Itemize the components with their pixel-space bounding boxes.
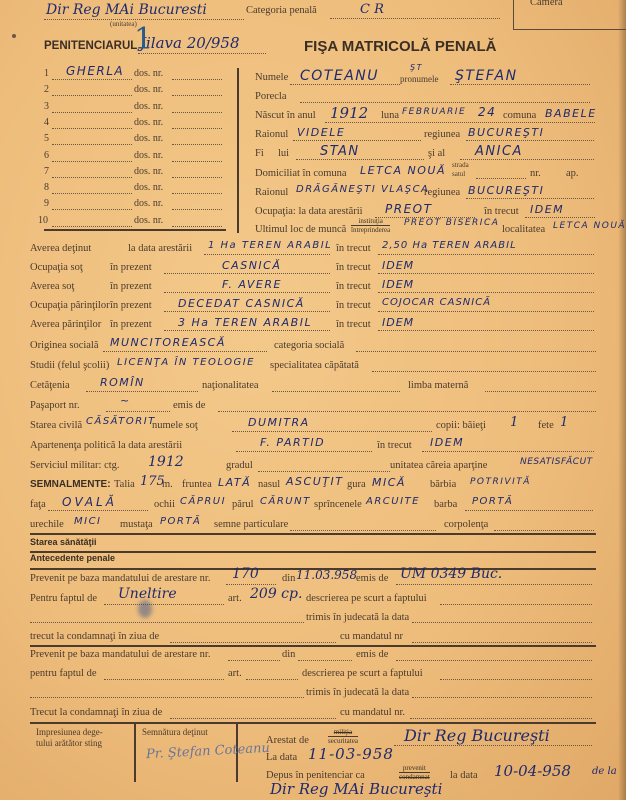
urechile-value: MICI xyxy=(74,516,102,527)
depus-data-label: la data xyxy=(450,770,478,781)
mama-value: ANICA xyxy=(475,144,523,159)
localitatea-label: localitatea xyxy=(502,224,545,235)
dos-nr-underline xyxy=(172,144,222,145)
dosar-number: 6 xyxy=(44,150,49,161)
m2-descriere-label: descrierea pe scurt a faptului xyxy=(302,668,423,679)
detail-value-underline xyxy=(164,330,330,331)
gradul-underline xyxy=(258,471,390,472)
gradul-label: gradul xyxy=(226,460,253,471)
unit-label: (unitatea) xyxy=(110,20,137,28)
institutia-label: instituţia xyxy=(351,217,390,226)
militia-fraction: miliţiasecuritatea xyxy=(328,727,358,745)
dosar-penitenciar-underline xyxy=(52,79,132,80)
tata-value: STAN xyxy=(320,144,360,159)
dosar-number: 8 xyxy=(44,182,49,193)
semnatura-label: Semnătura deţinut xyxy=(142,727,208,737)
gura-label: gura xyxy=(347,479,366,490)
comuna-value: BABELE xyxy=(545,107,597,120)
detail-past-underline xyxy=(378,292,594,293)
m2-trecut-label: Trecut la condamnaţi în ziua de xyxy=(30,707,162,718)
starea-civila-label: Starea civilă xyxy=(30,420,82,431)
dosar-number: 1 xyxy=(44,68,49,79)
dosar-number: 10 xyxy=(38,215,48,226)
camera-label: Camera xyxy=(530,0,563,8)
dos-nr-underline xyxy=(172,128,222,129)
detail-value-underline xyxy=(164,273,330,274)
annotation-mark: 1 xyxy=(134,22,153,57)
m2-cu-mandatul-underline xyxy=(410,718,592,719)
specialitatea-label: specialitatea căpătată xyxy=(270,360,359,371)
dos-nr-label: dos. nr. xyxy=(134,182,163,193)
footer-divider-1 xyxy=(134,722,136,782)
talia-label: Talia xyxy=(114,479,135,490)
raionul-underline xyxy=(293,140,421,141)
starea-civila-value: CĂSĂTORIT xyxy=(86,416,156,427)
detail-label: Ocupaţia soţ xyxy=(30,262,83,273)
detail-past-value: IDEM xyxy=(382,259,414,272)
detail-mid-label: în prezent xyxy=(110,300,152,311)
semnalmente-title: SEMNALMENTE: xyxy=(30,479,111,490)
m1-prevenit-label: Prevenit pe baza mandatului de arestare … xyxy=(30,573,210,584)
nationalitatea-underline xyxy=(272,391,400,392)
m1-trecut-label: trecut la condamnaţi în ziua de xyxy=(30,631,159,642)
m1-art-value: 209 cp. xyxy=(250,586,302,602)
unit-underline xyxy=(44,19,244,20)
dos-nr-underline xyxy=(172,112,222,113)
ultimul-loc-value: PREOT BISERICA xyxy=(404,218,499,228)
penitenciarul-underline xyxy=(138,53,266,54)
ocupatia-value: PREOT xyxy=(385,202,432,216)
barbia-value: POTRIVITĂ xyxy=(470,477,531,487)
domiciliat-label: Domiciliat în comuna xyxy=(255,168,347,179)
detail-past-underline xyxy=(378,311,594,312)
m1-faptul-underline xyxy=(104,604,224,605)
prenumele-value: ŞTEFAN xyxy=(455,68,518,84)
ochii-value: CĂPRUI xyxy=(180,496,226,507)
dosar-penitenciar-underline xyxy=(52,161,132,162)
m2-descriere-underline xyxy=(440,679,592,680)
prenumele-label: pronumele xyxy=(400,74,439,84)
studii-label: Studii (felul şcolii) xyxy=(30,360,109,371)
m1-din-value: 11.03.958 xyxy=(296,568,357,582)
detail-label: Averea părinţilor xyxy=(30,319,101,330)
dos-nr-label: dos. nr. xyxy=(134,68,163,79)
corpolenta-label: corpolenţa xyxy=(444,519,488,530)
dosar-number: 7 xyxy=(44,166,49,177)
prevenit-label: prevenit xyxy=(399,764,430,773)
page-edge-shadow xyxy=(618,0,626,800)
m1-trimis-underline xyxy=(412,622,592,623)
cetatenia-value: ROMÎN xyxy=(100,376,145,389)
camera-box: Camera xyxy=(513,0,626,30)
la-data-label: La data xyxy=(266,752,297,763)
m2-din-label: din xyxy=(282,649,295,660)
detail-label: Averea deţinut xyxy=(30,243,91,254)
m1-cu-mandatul-underline xyxy=(412,642,592,643)
m1-trimis-label: trimis în judecată la data xyxy=(306,612,409,623)
sprincenele-label: sprîncenele xyxy=(314,499,362,510)
dos-nr-underline xyxy=(172,177,222,178)
barbia-label: bărbia xyxy=(430,479,456,490)
limba-label: limba maternă xyxy=(408,380,468,391)
barba-underline xyxy=(465,510,593,511)
m1-emis-value: UM 0349 Buc. xyxy=(400,566,502,582)
raionul2-label: Raionul xyxy=(255,187,288,198)
m1-cu-mandatul-label: cu mandatul nr xyxy=(340,631,403,642)
origine-label: Originea socială xyxy=(30,340,99,351)
detail-past-label: în trecut xyxy=(336,243,371,254)
dosar-penitenciar-underline xyxy=(52,144,132,145)
politica-value: F. PARTID xyxy=(260,436,325,449)
detail-past-value: COJOCAR CASNICĂ xyxy=(382,297,491,308)
dosar-number: 5 xyxy=(44,133,49,144)
impresiunea-label-line-1: Impresiunea dege- xyxy=(36,727,103,738)
limba-underline xyxy=(485,391,596,392)
dosar-penitenciar-underline xyxy=(52,112,132,113)
sanatate-label: Starea sănătăţii xyxy=(30,537,97,547)
m2-emis-label: emis de xyxy=(356,649,388,660)
detinut-signature: Pr. Ştefan Coteanu xyxy=(146,741,270,762)
unit-value: Dir Reg MAi Bucuresti xyxy=(46,2,207,18)
barba-value: PORTĂ xyxy=(472,496,513,507)
dosar-number: 4 xyxy=(44,117,49,128)
origine-underline xyxy=(103,351,267,352)
m1-emis-label: emis de xyxy=(356,573,388,584)
m2-nr-underline xyxy=(228,660,280,661)
militar-label: Serviciul militar: ctg. xyxy=(30,460,120,471)
m2-faptul-underline xyxy=(104,679,224,680)
detail-past-underline xyxy=(378,330,594,331)
numele-sot-underline xyxy=(232,431,432,432)
ochii-label: ochii xyxy=(154,499,175,510)
parul-label: părul xyxy=(232,499,254,510)
m1-descriere-underline xyxy=(440,604,592,605)
semne-underline xyxy=(290,530,436,531)
raionul-value: VIDELE xyxy=(297,126,345,139)
arestat-label: Arestat de xyxy=(266,735,309,746)
dos-nr-label: dos. nr. xyxy=(134,198,163,209)
tata-underline xyxy=(296,159,424,160)
mustata-value: PORTĂ xyxy=(160,516,201,527)
categoria-sociala-label: categoria socială xyxy=(274,340,344,351)
fete-value: 1 xyxy=(560,415,568,430)
ctg-value: 1912 xyxy=(148,454,184,470)
ocupatia-trecut-underline xyxy=(525,217,595,218)
dosar-penitenciar-underline xyxy=(52,226,132,227)
nasul-label: nasul xyxy=(258,479,280,490)
mustata-label: mustaţa xyxy=(120,519,153,530)
urechile-label: urechile xyxy=(30,519,64,530)
m2-prevenit-label: Prevenit pe baza mandatului de arestare … xyxy=(30,649,210,660)
luna-value: FEBRUARIE xyxy=(402,107,466,117)
arestat-underline xyxy=(394,745,592,746)
origine-value: MUNCITOREASCĂ xyxy=(110,336,226,349)
copii-label: copii: băieţi xyxy=(436,420,486,431)
fata-underline xyxy=(48,510,148,511)
detail-past-label: în trecut xyxy=(336,262,371,273)
detail-value-underline xyxy=(164,311,330,312)
fata-label: faţa xyxy=(30,499,46,510)
dosare-bottom-rule xyxy=(44,229,226,231)
an-value: 1912 xyxy=(330,104,368,122)
parul-value: CĂRUNT xyxy=(260,496,311,507)
m1-emis-underline xyxy=(396,584,592,585)
dosar-penitenciar-underline xyxy=(52,128,132,129)
detail-mid-label: la data arestării xyxy=(128,243,192,254)
gura-value: MICĂ xyxy=(372,476,406,489)
detail-past-label: în trecut xyxy=(336,281,371,292)
unitatea-value: NESATISFĂCUT xyxy=(520,457,593,467)
corpolenta-underline xyxy=(494,530,594,531)
numele-sot-value: DUMITRA xyxy=(248,416,310,429)
numele-value: COTEANU xyxy=(300,68,379,84)
detail-mid-label: în prezent xyxy=(110,281,152,292)
unitatea-label: unitatea căreia aparţine xyxy=(390,460,487,471)
dos-nr-underline xyxy=(172,226,222,227)
ap-label: ap. xyxy=(566,168,579,179)
domiciliu-comuna: LETCA NOUĂ xyxy=(360,164,446,177)
ocupatia-label: Ocupaţia: la data arestării xyxy=(255,206,363,217)
emis-label: emis de xyxy=(173,400,205,411)
depus-de-value: Dir Reg MAi Bucureşti xyxy=(270,780,442,798)
securitatea-label: securitatea xyxy=(328,737,358,745)
m2-emis-underline xyxy=(396,660,592,661)
dosar-penitenciar-underline xyxy=(52,177,132,178)
satul-label: satul xyxy=(452,170,465,178)
emis-underline xyxy=(218,411,596,412)
luna-label: luna xyxy=(381,110,399,121)
nationalitatea-label: naţionalitatea xyxy=(202,380,259,391)
penitenciarul-value: Jilava 20/958 xyxy=(140,34,240,52)
m2-trimis-label: trimis în judecată la data xyxy=(306,687,409,698)
pasaport-value: ~ xyxy=(120,394,131,407)
dos-nr-label: dos. nr. xyxy=(134,117,163,128)
dos-nr-underline xyxy=(172,79,222,80)
regiunea2-value: BUCUREŞTI xyxy=(468,184,544,197)
m1-art-label: art. xyxy=(228,593,242,604)
m1-din-label: din xyxy=(282,573,295,584)
fruntea-value: LATĂ xyxy=(218,476,251,489)
nascut-underline xyxy=(325,122,595,123)
nr-label: nr. xyxy=(530,168,541,179)
detail-mid-label: în prezent xyxy=(110,262,152,273)
detail-past-underline xyxy=(378,273,594,274)
regiunea-underline xyxy=(466,140,594,141)
nasul-value: ASCUŢIT xyxy=(286,475,343,488)
porecla-underline xyxy=(300,102,590,103)
penitenciarul-label: PENITENCIARUL xyxy=(44,40,137,52)
ocupatia-trecut-value: IDEM xyxy=(530,203,564,216)
intreprinderea-label: întreprinderea xyxy=(351,226,390,234)
mandate-mid-rule xyxy=(30,645,596,647)
detail-value-underline xyxy=(164,292,330,293)
semnalmente-rule xyxy=(30,533,596,535)
impresiunea-label: Impresiunea dege- tului arătător sting xyxy=(36,727,103,749)
detail-value: CASNICĂ xyxy=(222,259,281,272)
regiunea-value: BUCUREŞTI xyxy=(468,126,544,139)
localitatea-value: LETCA NOUĂ xyxy=(553,221,626,231)
detail-past-value: 2,50 Ha TEREN ARABIL xyxy=(382,240,517,251)
fete-label: fete xyxy=(538,420,554,431)
dos-nr-label: dos. nr. xyxy=(134,150,163,161)
column-divider xyxy=(237,68,239,233)
dosar-penitenciar-underline xyxy=(52,193,132,194)
ultimul-loc-label: Ultimul loc de muncă xyxy=(255,224,346,235)
categoria-label: Categoria penală xyxy=(246,5,317,16)
regiunea-label: regiunea xyxy=(424,129,460,140)
m2-art-underline xyxy=(246,679,298,680)
dosar-penitenciar-value: GHERLA xyxy=(66,64,124,78)
institutia-fraction: instituţiaîntreprinderea xyxy=(351,216,390,234)
ocupatia-trecut-label: în trecut xyxy=(484,206,519,217)
m2-trecut-underline xyxy=(170,718,336,719)
fruntea-label: fruntea xyxy=(182,479,212,490)
specialitatea-underline xyxy=(372,371,596,372)
ziua-value: 24 xyxy=(478,105,496,119)
detail-past-value: IDEM xyxy=(382,278,414,291)
comuna-label: comuna xyxy=(503,110,536,121)
porecla-label: Porecla xyxy=(255,91,287,102)
fata-value: OVALĂ xyxy=(62,495,117,509)
regiunea2-label: regiunea xyxy=(424,187,460,198)
militia-label: miliţia xyxy=(328,728,358,737)
antecedente-label: Antecedente penale xyxy=(30,553,115,563)
categoria-sociala-underline xyxy=(356,351,596,352)
m1-faptul-label: Pentru faptul de xyxy=(30,593,97,604)
detail-past-underline xyxy=(378,254,594,255)
depus-data-value: 10-04-958 xyxy=(494,762,571,780)
dos-nr-underline xyxy=(172,209,222,210)
m1-descriere-line xyxy=(30,622,304,623)
m1-nr-value: 170 xyxy=(232,566,259,582)
nascut-label: Născut în anul xyxy=(255,110,316,121)
fiul-label-1: Fi xyxy=(255,148,264,159)
dos-nr-label: dos. nr. xyxy=(134,84,163,95)
dos-nr-label: dos. nr. xyxy=(134,215,163,226)
dosar-number: 2 xyxy=(44,84,49,95)
dos-nr-underline xyxy=(172,161,222,162)
barba-label: barba xyxy=(434,499,457,510)
detail-label: Ocupaţia părinţilor xyxy=(30,300,110,311)
categoria-value: C R xyxy=(360,2,384,17)
dosar-penitenciar-underline xyxy=(52,209,132,210)
m2-faptul-label: pentru faptul de xyxy=(30,668,96,679)
m-label: m. xyxy=(162,479,173,490)
regiunea2-underline xyxy=(466,198,594,199)
studii-value: LICENŢA ÎN TEOLOGIE xyxy=(117,357,255,368)
m2-cu-mandatul-label: cu mandatul nr. xyxy=(340,707,405,718)
categoria-underline xyxy=(330,18,500,19)
sprincenele-value: ARCUITE xyxy=(366,496,420,507)
si-al-label: şi al xyxy=(428,148,445,159)
semne-label: semne particulare xyxy=(214,519,288,530)
cetatenia-underline xyxy=(86,391,198,392)
m2-din-underline xyxy=(298,660,352,661)
numele-sot-label: numele soţ xyxy=(152,420,198,431)
mandate-bottom-rule xyxy=(30,722,596,724)
cetatenia-label: Cetăţenia xyxy=(30,380,70,391)
m1-descriere-label: descrierea pe scurt a faptului xyxy=(306,593,427,604)
m1-trecut-underline xyxy=(170,642,336,643)
politica-underline xyxy=(236,451,372,452)
dos-nr-underline xyxy=(172,95,222,96)
detail-value: DECEDAT CASNICĂ xyxy=(178,297,305,310)
dos-nr-label: dos. nr. xyxy=(134,101,163,112)
strada-label: strada xyxy=(452,161,469,169)
numele-underline xyxy=(290,84,400,85)
detail-value-underline xyxy=(204,254,330,255)
arestat-value: Dir Reg Bucureşti xyxy=(404,726,550,745)
pasaport-label: Paşaport nr. xyxy=(30,400,80,411)
raionul2-value: DRĂGĂNEŞTI VLAŞCA xyxy=(296,184,429,195)
detail-past-label: în trecut xyxy=(336,300,371,311)
politica-label: Apartenenţa politică la data arestării xyxy=(30,440,182,451)
dosar-number: 3 xyxy=(44,101,49,112)
page-title: FIŞA MATRICOLĂ PENALĂ xyxy=(304,38,497,55)
baieti-value: 1 xyxy=(510,415,518,430)
prevenit-fraction: prevenitcondamnat xyxy=(399,763,430,781)
prenumele-underline xyxy=(450,84,590,85)
m2-descriere-line xyxy=(30,697,304,698)
politica-trecut-underline xyxy=(422,451,594,452)
dosar-number: 9 xyxy=(44,198,49,209)
numele-label: Numele xyxy=(255,72,288,83)
m2-trimis-underline xyxy=(412,697,592,698)
m1-nr-underline xyxy=(226,584,276,585)
dos-nr-underline xyxy=(172,193,222,194)
detail-mid-label: în prezent xyxy=(110,319,152,330)
depus-de-prefix: de la xyxy=(592,766,617,777)
m2-art-label: art. xyxy=(228,668,242,679)
punch-hole xyxy=(12,34,16,38)
dos-nr-label: dos. nr. xyxy=(134,166,163,177)
detail-value: F. AVERE xyxy=(222,278,282,291)
dos-nr-label: dos. nr. xyxy=(134,133,163,144)
prenumele-prefix: ŞT xyxy=(410,63,423,72)
detail-value: 3 Ha TEREN ARABIL xyxy=(178,316,312,329)
politica-trecut-value: IDEM xyxy=(430,436,464,449)
mama-underline xyxy=(460,159,594,160)
politica-trecut-label: în trecut xyxy=(377,440,412,451)
la-data-value: 11-03-958 xyxy=(308,745,394,763)
strada-underline xyxy=(476,178,526,179)
pasaport-underline xyxy=(106,411,170,412)
detail-past-value: IDEM xyxy=(382,316,414,329)
detail-value: 1 Ha TEREN ARABIL xyxy=(208,240,332,251)
fiul-label-2: lui xyxy=(278,148,289,159)
detail-past-label: în trecut xyxy=(336,319,371,330)
impresiunea-label-line-2: tului arătător sting xyxy=(36,738,103,749)
detail-label: Averea soţ xyxy=(30,281,74,292)
ink-smudge xyxy=(138,600,152,618)
raionul-label: Raionul xyxy=(255,129,288,140)
dosar-penitenciar-underline xyxy=(52,95,132,96)
